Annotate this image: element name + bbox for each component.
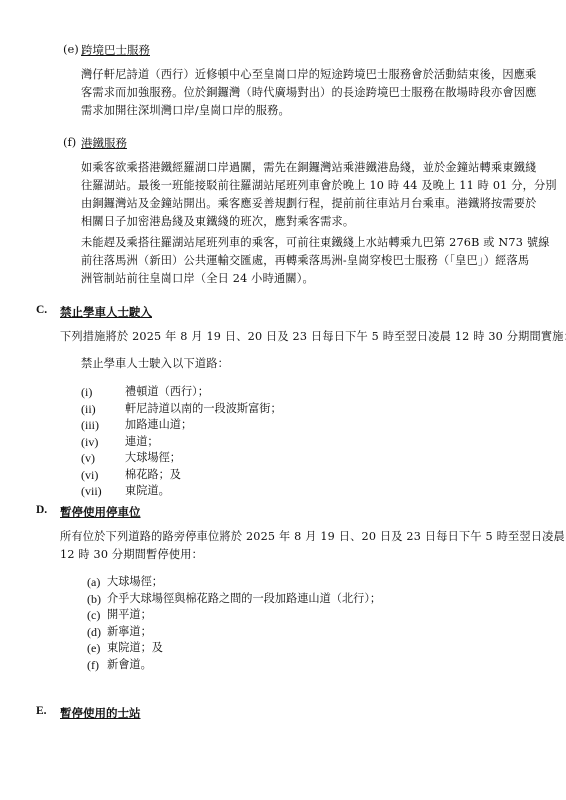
- subsection-f-paragraph-2: 未能趕及乘搭往羅湖站尾班列車的乘客，可前往東鐵綫上水站轉乘九巴第 276B 或 …: [81, 234, 550, 288]
- paragraph-line: 客需求而加強服務。位於銅鑼灣（時代廣場對出）的長途跨境巴士服務在散場時段亦會因應: [81, 84, 537, 102]
- list-item-label: (a): [87, 574, 107, 591]
- list-item: (vi) 棉花路；及: [81, 467, 282, 484]
- list-item: (v) 大球場徑；: [81, 450, 282, 467]
- section-e-title: 暫停使用的士站: [60, 705, 141, 721]
- list-item-label: (v): [81, 450, 125, 467]
- list-item-text: 大球場徑；: [125, 450, 181, 467]
- paragraph-line: 所有位於下列道路的路旁停車位將於 2025 年 8 月 19 日、20 日及 2…: [60, 528, 565, 546]
- list-item-label: (vi): [81, 467, 125, 484]
- paragraph-line: 往羅湖站。最後一班能接駁前往羅湖站尾班列車會於晚上 10 時 44 及晚上 11…: [81, 177, 557, 195]
- list-item: (iii) 加路連山道；: [81, 417, 282, 434]
- list-item: (c) 開平道；: [87, 607, 381, 624]
- list-item-text: 東院道。: [125, 483, 170, 500]
- section-d-intro: 所有位於下列道路的路旁停車位將於 2025 年 8 月 19 日、20 日及 2…: [60, 528, 565, 564]
- list-item-label: (ii): [81, 401, 125, 418]
- paragraph-line: 由銅鑼灣站及金鐘站開出。乘客應妥善規劃行程，提前前往車站月台乘車。港鐵將按需要於: [81, 195, 557, 213]
- list-item-text: 新寧道；: [107, 624, 152, 641]
- section-c-sub-intro: 禁止學車人士駛入以下道路：: [81, 355, 229, 373]
- list-item-text: 介乎大球場徑與棉花路之間的一段加路連山道（北行）；: [107, 591, 381, 608]
- section-c-title: 禁止學車人士駛入: [60, 304, 152, 320]
- list-item: (b) 介乎大球場徑與棉花路之間的一段加路連山道（北行）；: [87, 591, 381, 608]
- paragraph-line: 12 時 30 分期間暫停使用：: [60, 546, 565, 564]
- subsection-f-paragraph-1: 如乘客欲乘搭港鐵經羅湖口岸過關，需先在銅鑼灣站乘港鐵港島綫，並於金鐘站轉乘東鐵綫…: [81, 159, 557, 231]
- section-e-letter: E.: [36, 705, 47, 717]
- paragraph-line: 洲管制站前往皇崗口岸（全日 24 小時通關）。: [81, 270, 550, 288]
- list-item-text: 棉花路；及: [125, 467, 181, 484]
- list-item: (e) 東院道；及: [87, 640, 381, 657]
- list-item: (ii) 軒尼詩道以南的一段波斯富街；: [81, 401, 282, 418]
- list-item: (iv) 連道；: [81, 434, 282, 451]
- section-c-road-list: (i) 禮頓道（西行）； (ii) 軒尼詩道以南的一段波斯富街； (iii) 加…: [81, 384, 282, 500]
- list-item: (vii) 東院道。: [81, 483, 282, 500]
- subsection-f-label: (f): [63, 135, 76, 149]
- list-item: (f) 新會道。: [87, 657, 381, 674]
- paragraph-line: 相關日子加密港島綫及東鐵綫的班次，應對乘客需求。: [81, 213, 557, 231]
- subsection-e-title: 跨境巴士服務: [81, 42, 150, 58]
- list-item-text: 連道；: [125, 434, 159, 451]
- subsection-e-label: (e): [63, 42, 79, 56]
- paragraph-line: 前往落馬洲（新田）公共運輸交匯處，再轉乘落馬洲-皇崗穿梭巴士服務（「皇巴」）經落…: [81, 252, 550, 270]
- list-item-label: (d): [87, 624, 107, 641]
- list-item-text: 禮頓道（西行）；: [125, 384, 209, 401]
- list-item: (d) 新寧道；: [87, 624, 381, 641]
- list-item: (i) 禮頓道（西行）；: [81, 384, 282, 401]
- paragraph-line: 需求加開往深圳灣口岸/皇崗口岸的服務。: [81, 102, 537, 120]
- list-item-label: (iii): [81, 417, 125, 434]
- list-item-label: (b): [87, 591, 107, 608]
- subsection-f-title: 港鐵服務: [81, 135, 127, 151]
- list-item-label: (e): [87, 640, 107, 657]
- list-item-text: 東院道；及: [107, 640, 163, 657]
- section-d-road-list: (a) 大球場徑； (b) 介乎大球場徑與棉花路之間的一段加路連山道（北行）； …: [87, 574, 381, 673]
- list-item-label: (f): [87, 657, 107, 674]
- list-item-text: 軒尼詩道以南的一段波斯富街；: [125, 401, 282, 418]
- subsection-e-paragraph: 灣仔軒尼詩道（西行）近修頓中心至皇崗口岸的短途跨境巴士服務會於活動結束後，因應乘…: [81, 66, 537, 120]
- section-c-intro: 下列措施將於 2025 年 8 月 19 日、20 日及 23 日每日下午 5 …: [60, 328, 566, 346]
- list-item: (a) 大球場徑；: [87, 574, 381, 591]
- document-page: (e) 跨境巴士服務 灣仔軒尼詩道（西行）近修頓中心至皇崗口岸的短途跨境巴士服務…: [0, 0, 566, 800]
- section-c-letter: C.: [36, 304, 47, 316]
- list-item-text: 新會道。: [107, 657, 152, 674]
- list-item-label: (i): [81, 384, 125, 401]
- list-item-label: (iv): [81, 434, 125, 451]
- paragraph-line: 未能趕及乘搭往羅湖站尾班列車的乘客，可前往東鐵綫上水站轉乘九巴第 276B 或 …: [81, 234, 550, 252]
- section-d-letter: D.: [36, 504, 47, 516]
- list-item-text: 開平道；: [107, 607, 152, 624]
- list-item-text: 加路連山道；: [125, 417, 192, 434]
- list-item-label: (vii): [81, 483, 125, 500]
- paragraph-line: 灣仔軒尼詩道（西行）近修頓中心至皇崗口岸的短途跨境巴士服務會於活動結束後，因應乘: [81, 66, 537, 84]
- list-item-label: (c): [87, 607, 107, 624]
- paragraph-line: 如乘客欲乘搭港鐵經羅湖口岸過關，需先在銅鑼灣站乘港鐵港島綫，並於金鐘站轉乘東鐵綫: [81, 159, 557, 177]
- section-d-title: 暫停使用停車位: [60, 504, 141, 520]
- list-item-text: 大球場徑；: [107, 574, 163, 591]
